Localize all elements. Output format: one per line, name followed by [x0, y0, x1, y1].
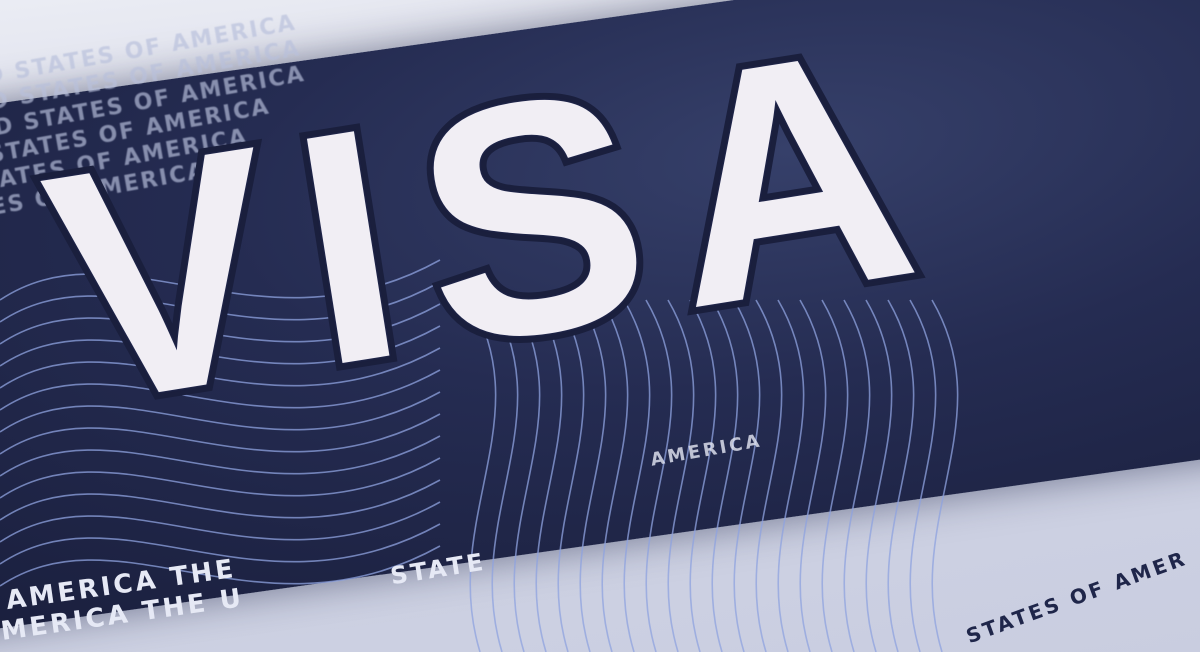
visa-photo: UNITED STATES OF AMERICA UNITED STATES O… — [0, 0, 1200, 652]
